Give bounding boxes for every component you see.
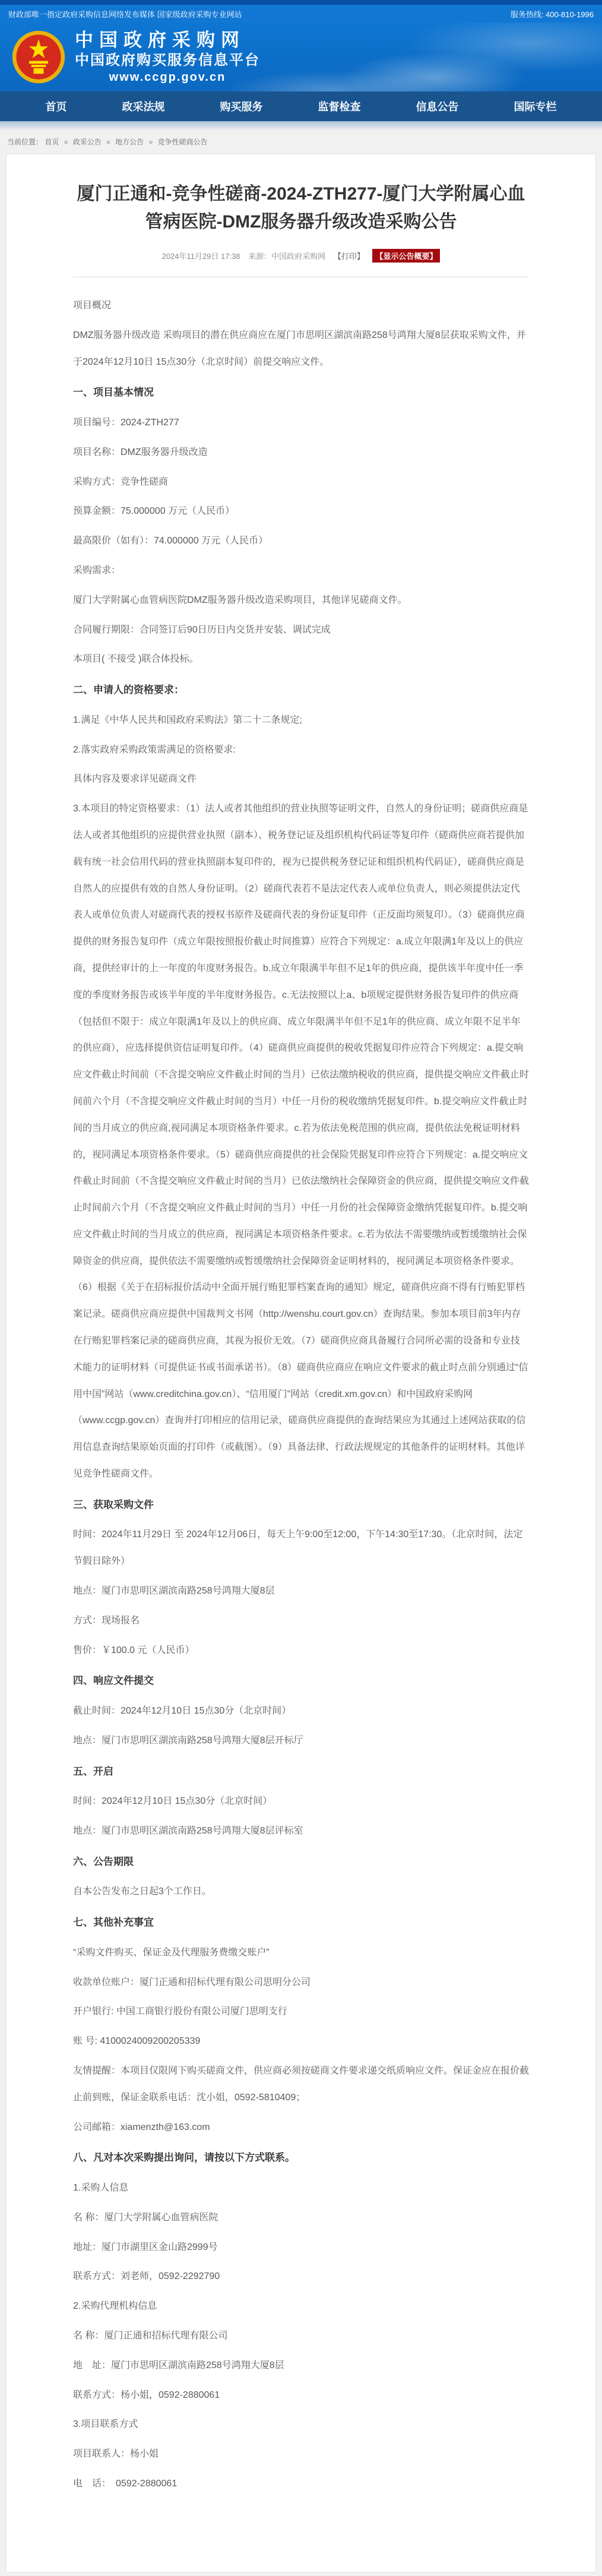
- paragraph: 预算金额：75.000000 万元（人民币）: [73, 498, 529, 525]
- paragraph: 采购需求：: [73, 558, 529, 584]
- main-nav: 首页 政采法规 购买服务 监督检查 信息公告 国际专栏: [0, 91, 602, 121]
- paragraph: 厦门大学附属心血管病医院DMZ服务器升级改造采购项目，其他详见磋商文件。: [73, 587, 529, 614]
- nav-item-regulations[interactable]: 政采法规: [122, 99, 165, 114]
- nav-item-purchase-services[interactable]: 购买服务: [220, 99, 263, 114]
- breadcrumb-item-current: 竞争性磋商公告: [158, 138, 208, 146]
- site-tagline: 财政部唯一指定政府采购信息网络发布媒体 国家级政府采购专业网站: [8, 8, 242, 20]
- section-heading: 四、响应文件提交: [73, 1667, 529, 1695]
- section-heading: 六、公告期限: [73, 1848, 529, 1876]
- paragraph: 本项目( 不接受 )联合体投标。: [73, 646, 529, 673]
- paragraph: 3.本项目的特定资格要求：（1）法人或者其他组织的营业执照等证明文件，自然人的身…: [73, 796, 529, 1488]
- paragraph: 截止时间：2024年12月10日 15点30分（北京时间）: [73, 1698, 529, 1725]
- announcement-article: 厦门正通和-竞争性磋商-2024-ZTH277-厦门大学附属心血管病医院-DMZ…: [6, 154, 596, 2572]
- nav-item-supervision[interactable]: 监督检查: [318, 99, 361, 114]
- paragraph: 地点：厦门市思明区湖滨南路258号鸿翔大厦8层评标室: [73, 1818, 529, 1845]
- paragraph: 地点：厦门市思明区湖滨南路258号鸿翔大厦8层开标厅: [73, 1728, 529, 1755]
- paragraph: DMZ服务器升级改造 采购项目的潜在供应商应在厦门市思明区湖滨南路258号鸿翔大…: [73, 323, 529, 376]
- paragraph-overview: 项目概况: [73, 293, 529, 320]
- top-strip: [0, 0, 602, 5]
- paragraph: 地址：厦门市湖里区金山路2999号: [73, 2234, 529, 2261]
- breadcrumb-label: 当前位置：: [7, 138, 43, 146]
- paragraph: 电 话： 0592-2880061: [73, 2471, 529, 2498]
- article-body: 项目概况 DMZ服务器升级改造 采购项目的潜在供应商应在厦门市思明区湖滨南路25…: [73, 293, 529, 2498]
- publish-date: 2024年11月29日 17:38: [162, 252, 240, 261]
- paragraph: 1.采购人信息: [73, 2175, 529, 2202]
- paragraph: 名 称：厦门大学附属心血管病医院: [73, 2205, 529, 2232]
- paragraph: 开户银行: 中国工商银行股份有限公司厦门思明支行: [73, 1999, 529, 2025]
- paragraph: 项目联系人：杨小姐: [73, 2441, 529, 2468]
- site-banner: 中国政府采购网 中国政府购买服务信息平台 www.ccgp.gov.cn: [0, 23, 602, 91]
- site-subtitle: 中国政府购买服务信息平台: [75, 53, 260, 69]
- site-name: 中国政府采购网: [75, 30, 260, 51]
- source-label: 来源：中国政府采购网: [248, 252, 325, 261]
- paragraph: 地 址：厦门市思明区湖滨南路258号鸿翔大厦8层: [73, 2353, 529, 2379]
- section-heading: 二、申请人的资格要求：: [73, 676, 529, 704]
- paragraph: 2.落实政府采购政策需满足的资格要求:: [73, 737, 529, 764]
- paragraph: 3.项目联系方式: [73, 2411, 529, 2438]
- national-emblem-icon: [11, 29, 66, 85]
- paragraph: 友情提醒：本项目仅限网下购买磋商文件，供应商必须按磋商文件要求递交纸质响应文件。…: [73, 2058, 529, 2112]
- site-url: www.ccgp.gov.cn: [75, 71, 260, 84]
- breadcrumb: 当前位置： 首页 » 政采公告 » 地方公告 » 竞争性磋商公告: [0, 131, 602, 154]
- paragraph: 自本公告发布之日起3个工作日。: [73, 1879, 529, 1905]
- section-heading: 七、其他补充事宜: [73, 1908, 529, 1937]
- paragraph: 联系方式：刘老师，0592-2292790: [73, 2264, 529, 2290]
- nav-item-international[interactable]: 国际专栏: [514, 99, 557, 114]
- print-button[interactable]: 【打印】: [334, 252, 365, 261]
- show-summary-button[interactable]: 【显示公告概要】: [372, 249, 440, 263]
- nav-shadow: [0, 121, 602, 131]
- paragraph: 联系方式：杨小姐，0592-2880061: [73, 2382, 529, 2409]
- breadcrumb-separator: »: [149, 138, 153, 146]
- paragraph: 合同履行期限：合同签订后90日历日内交货并安装、调试完成: [73, 617, 529, 644]
- paragraph: 2.采购代理机构信息: [73, 2293, 529, 2320]
- section-heading: 五、开启: [73, 1758, 529, 1786]
- section-heading: 三、获取采购文件: [73, 1491, 529, 1519]
- paragraph: 地点：厦门市思明区湖滨南路258号鸿翔大厦8层: [73, 1578, 529, 1605]
- paragraph: 项目编号：2024-ZTH277: [73, 410, 529, 437]
- paragraph: 时间：2024年12月10日 15点30分（北京时间）: [73, 1788, 529, 1815]
- brand-block[interactable]: 中国政府采购网 中国政府购买服务信息平台 www.ccgp.gov.cn: [75, 30, 260, 84]
- paragraph: 项目名称：DMZ服务器升级改造: [73, 440, 529, 466]
- paragraph: 售价：￥100.0 元（人民币）: [73, 1638, 529, 1664]
- paragraph: 收款单位账户：厦门正通和招标代理有限公司思明分公司: [73, 1970, 529, 1996]
- paragraph: 采购方式：竞争性磋商: [73, 469, 529, 496]
- section-heading: 八、凡对本次采购提出询问，请按以下方式联系。: [73, 2144, 529, 2172]
- service-hotline: 服务热线: 400-810-1996: [511, 8, 594, 20]
- paragraph: 名 称：厦门正通和招标代理有限公司: [73, 2323, 529, 2350]
- article-meta: 2024年11月29日 17:38 来源：中国政府采购网 【打印】 【显示公告概…: [73, 249, 529, 263]
- nav-item-announcements[interactable]: 信息公告: [416, 99, 459, 114]
- paragraph: 公司邮箱：xiamenzth@163.com: [73, 2114, 529, 2141]
- breadcrumb-separator: »: [106, 138, 110, 146]
- section-heading: 一、项目基本情况: [73, 378, 529, 407]
- paragraph: 方式：现场报名: [73, 1608, 529, 1635]
- breadcrumb-separator: »: [64, 138, 68, 146]
- paragraph: 最高限价（如有）：74.000000 万元（人民币）: [73, 528, 529, 555]
- paragraph: 具体内容及要求详见磋商文件: [73, 766, 529, 793]
- top-bar: 财政部唯一指定政府采购信息网络发布媒体 国家级政府采购专业网站 服务热线: 40…: [0, 5, 602, 23]
- breadcrumb-item-procurement-announcements[interactable]: 政采公告: [73, 138, 102, 146]
- paragraph-account-number: 账 号: 4100024009200205339: [73, 2028, 529, 2055]
- breadcrumb-item-local-announcements[interactable]: 地方公告: [115, 138, 144, 146]
- nav-item-home[interactable]: 首页: [46, 99, 67, 114]
- paragraph: 1.满足《中华人民共和国政府采购法》第二十二条规定;: [73, 707, 529, 734]
- divider: [73, 277, 529, 277]
- paragraph: “采购文件购买、保证金及代理服务费缴交账户”: [73, 1940, 529, 1967]
- breadcrumb-item-home[interactable]: 首页: [45, 138, 59, 146]
- paragraph: 时间：2024年11月29日 至 2024年12月06日，每天上午9:00至12…: [73, 1522, 529, 1575]
- page-title: 厦门正通和-竞争性磋商-2024-ZTH277-厦门大学附属心血管病医院-DMZ…: [73, 181, 529, 236]
